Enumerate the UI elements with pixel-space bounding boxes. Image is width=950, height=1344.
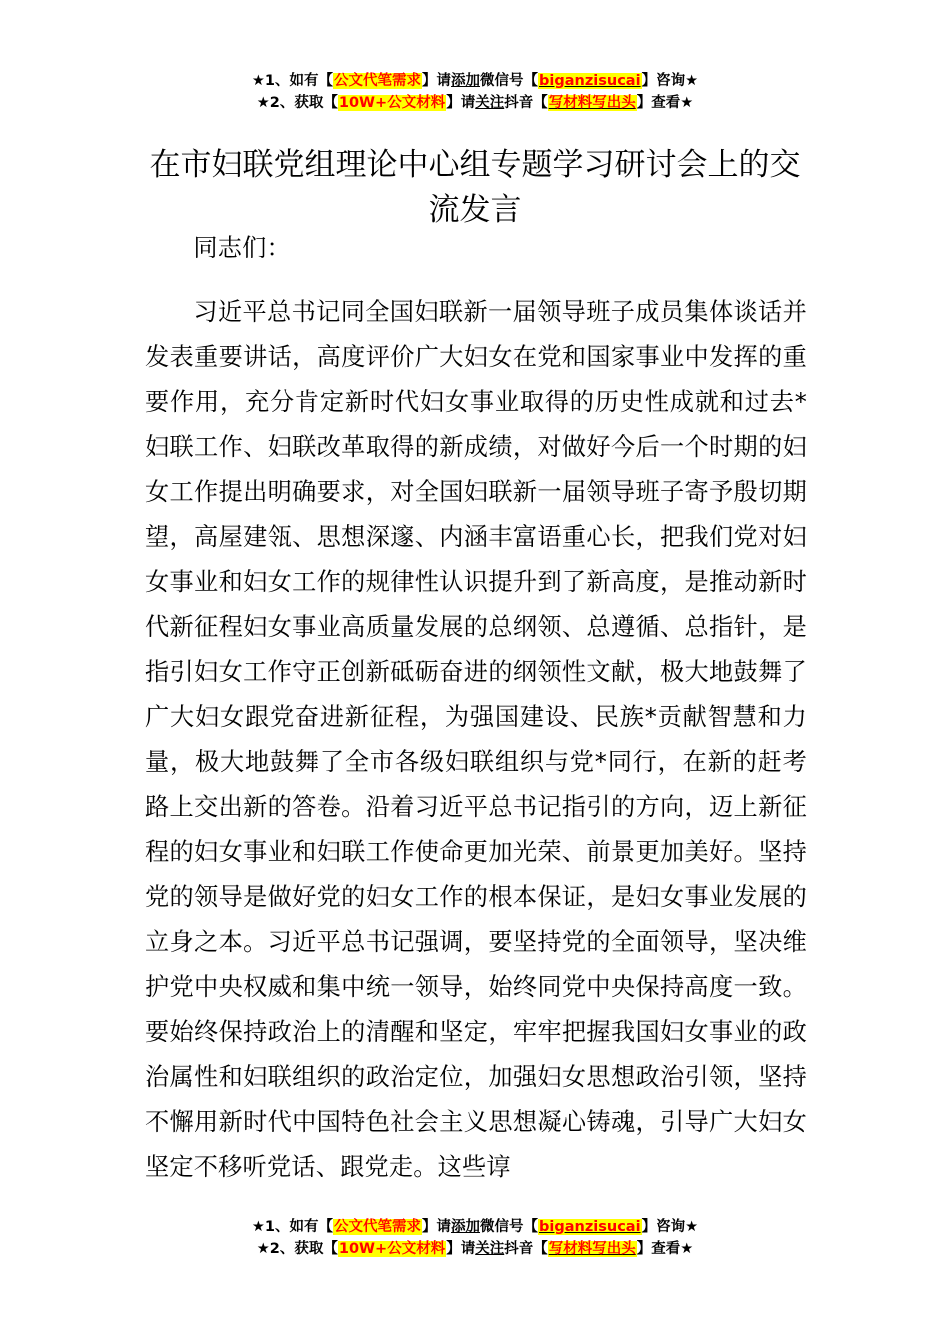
footer-banner: ★1、如有【公文代笔需求】请添加微信号【biganzisucai】咨询★ ★2、… xyxy=(0,1216,950,1260)
body-paragraph: 习近平总书记同全国妇联新一届领导班子成员集体谈话并发表重要讲话，高度评价广大妇女… xyxy=(145,290,807,1190)
header-banner: ★1、如有【公文代笔需求】请添加微信号【biganzisucai】咨询★ ★2、… xyxy=(0,70,950,114)
banner-line-1: ★1、如有【公文代笔需求】请添加微信号【biganzisucai】咨询★ xyxy=(0,1216,950,1238)
douyin-account[interactable]: 写材料写出头 xyxy=(548,95,637,111)
highlight-materials: 10W+公文材料 xyxy=(338,95,446,111)
highlight-materials: 10W+公文材料 xyxy=(338,1241,446,1257)
document-title: 在市妇联党组理论中心组专题学习研讨会上的交流发言 xyxy=(140,143,810,233)
highlight-service: 公文代笔需求 xyxy=(333,1219,422,1235)
banner-line-2: ★2、获取【10W+公文材料】请关注抖音【写材料写出头】查看★ xyxy=(0,1238,950,1260)
wechat-id[interactable]: biganzisucai xyxy=(538,1219,642,1235)
document-body: 同志们： 习近平总书记同全国妇联新一届领导班子成员集体谈话并发表重要讲话，高度评… xyxy=(145,226,807,1190)
banner-line-2: ★2、获取【10W+公文材料】请关注抖音【写材料写出头】查看★ xyxy=(0,92,950,114)
highlight-service: 公文代笔需求 xyxy=(333,73,422,89)
wechat-id[interactable]: biganzisucai xyxy=(538,73,642,89)
banner-line-1: ★1、如有【公文代笔需求】请添加微信号【biganzisucai】咨询★ xyxy=(0,70,950,92)
douyin-account[interactable]: 写材料写出头 xyxy=(548,1241,637,1257)
greeting: 同志们： xyxy=(145,226,807,271)
